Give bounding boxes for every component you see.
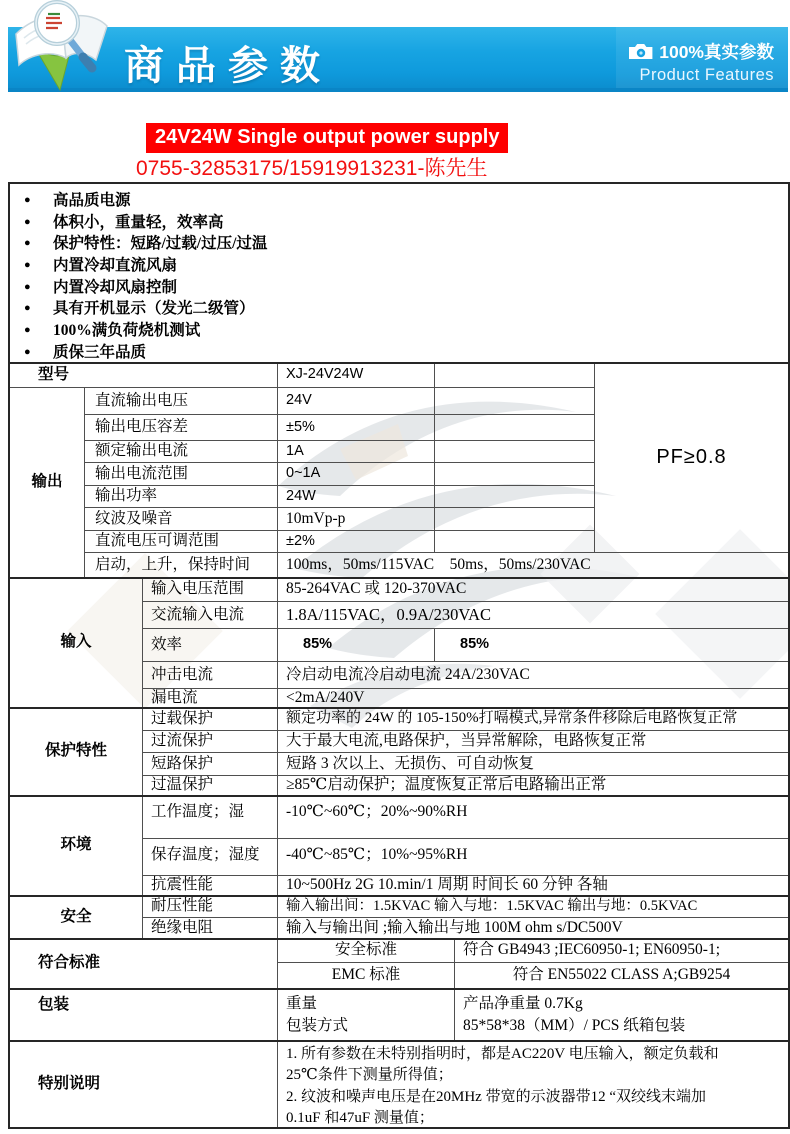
feature-item: 保护特性：短路/过载/过压/过温: [10, 233, 788, 255]
row-label: 输出电流范围: [85, 463, 278, 486]
row-label: 过温保护: [143, 776, 278, 796]
contact-phone: 0755-32853175/15919913231-陈先生: [136, 152, 487, 182]
row-label: 启动，上升，保持时间: [85, 553, 278, 578]
section-divider: [10, 1040, 788, 1042]
row-label: 交流输入电流: [143, 602, 278, 629]
row-label: 工作温度；湿: [143, 796, 278, 839]
packaging-row-values: 产品净重量 0.7Kg 85*58*38（MM）/ PCS 纸箱包装: [455, 989, 788, 1041]
camera-icon: [627, 43, 654, 60]
row-label: 冲击电流: [143, 662, 278, 689]
row-value: ≥85℃启动保护；温度恢复正常后电路输出正常: [278, 776, 788, 796]
feature-item: 体积小，重量轻，效率高: [10, 212, 788, 234]
section-divider: [10, 707, 788, 709]
section-input: 输入: [10, 578, 143, 708]
row-label: EMC 标准: [278, 963, 455, 989]
row-label: 直流输出电压: [85, 388, 278, 415]
notes-line: 25℃条件下测量所得值；: [286, 1065, 780, 1086]
book-magnifier-icon: [4, 0, 122, 101]
row-label: 短路保护: [143, 753, 278, 776]
row-label: 输出电压容差: [85, 415, 278, 441]
row-label: 输入电压范围: [143, 578, 278, 602]
row-value: 符合 GB4943 ;IEC60950-1; EN60950-1;: [455, 939, 788, 963]
row-value: 24W: [278, 486, 435, 508]
notes-line: 0.1uF 和47uF 测量值；: [286, 1108, 780, 1129]
header-banner: 商品参数 100%真实参数 Product Features: [8, 27, 788, 92]
efficiency-115vac: 85%: [278, 629, 435, 662]
row-value: 冷启动电流冷启动电流 24A/230VAC: [278, 662, 788, 689]
section-standards: 符合标准: [10, 939, 278, 989]
row-value: 符合 EN55022 CLASS A;GB9254: [455, 963, 788, 989]
section-divider: [10, 577, 788, 579]
efficiency-230vac: 85%: [435, 629, 788, 662]
feature-item: 100%满负荷烧机测试: [10, 320, 788, 342]
row-label: 纹波及噪音: [85, 508, 278, 531]
feature-item: 内置冷却风扇控制: [10, 277, 788, 299]
row-value: 1A: [278, 441, 435, 463]
empty-cell: [435, 415, 595, 441]
feature-list: 高品质电源 体积小，重量轻，效率高 保护特性：短路/过载/过压/过温 内置冷却直…: [10, 184, 788, 363]
feature-item: 具有开机显示（发光二级管）: [10, 298, 788, 320]
row-label: 直流电压可调范围: [85, 531, 278, 553]
row-value: -10℃~60℃；20%~90%RH: [278, 796, 788, 839]
section-divider: [10, 362, 788, 364]
section-protection: 保护特性: [10, 708, 143, 796]
row-value: 24V: [278, 388, 435, 415]
section-divider: [10, 795, 788, 797]
row-label: 效率: [143, 629, 278, 662]
pf-note: PF≥0.8: [595, 363, 788, 553]
feature-item: 质保三年品质: [10, 342, 788, 364]
section-divider: [10, 938, 788, 940]
row-label: 额定输出电流: [85, 441, 278, 463]
empty-cell: [435, 486, 595, 508]
section-output: 输出: [10, 388, 85, 578]
row-value: 输入输出间：1.5KVAC 输入与地：1.5KVAC 输出与地：0.5KVAC: [278, 896, 788, 918]
row-label: 绝缘电阻: [143, 918, 278, 939]
empty-cell: [435, 463, 595, 486]
feature-item: 高品质电源: [10, 190, 788, 212]
row-value: 10~500Hz 2G 10.min/1 周期 时间长 60 分钟 各轴: [278, 876, 788, 896]
row-value: 大于最大电流,电路保护，当异常解除，电路恢复正常: [278, 731, 788, 753]
row-value: 0~1A: [278, 463, 435, 486]
section-packaging: 包装: [10, 989, 278, 1041]
empty-cell: [435, 531, 595, 553]
page-title: 商品参数: [124, 34, 332, 91]
feature-item: 内置冷却直流风扇: [10, 255, 788, 277]
row-value: 额定功率的 24W 的 105-150%打嗝模式,异常条件移除后电路恢复正常: [278, 708, 788, 731]
badge-text-en: Product Features: [627, 66, 774, 85]
row-value: -40℃~85℃；10%~95%RH: [278, 839, 788, 876]
packaging-row-labels: 重量 包装方式: [278, 989, 455, 1041]
notes-line: 1. 所有参数在未特别指明时，都是AC220V 电压输入，额定负载和: [286, 1044, 780, 1065]
weight-label: 重量: [286, 993, 446, 1015]
row-label: 输出功率: [85, 486, 278, 508]
page: { "header": { "title": "商品参数", "badge_li…: [0, 0, 790, 1134]
row-label: 漏电流: [143, 689, 278, 708]
weight-value: 产品净重量 0.7Kg: [463, 993, 780, 1015]
method-label: 包装方式: [286, 1015, 446, 1037]
row-label: 过流保护: [143, 731, 278, 753]
row-label: 过载保护: [143, 708, 278, 731]
spec-table: 高品质电源 体积小，重量轻，效率高 保护特性：短路/过载/过压/过温 内置冷却直…: [8, 182, 790, 1129]
product-title: 24V24W Single output power supply: [146, 123, 508, 153]
empty-cell: [435, 388, 595, 415]
row-value: 85-264VAC 或 120-370VAC: [278, 578, 788, 602]
empty-cell: [435, 441, 595, 463]
row-label: 保存温度；湿度: [143, 839, 278, 876]
section-safety: 安全: [10, 896, 143, 939]
row-value: <2mA/240V: [278, 689, 788, 708]
badge-text-cn: 100%真实参数: [659, 39, 774, 64]
model-value: XJ-24V24W: [278, 363, 435, 388]
empty-cell: [435, 508, 595, 531]
row-value: ±5%: [278, 415, 435, 441]
row-label: 耐压性能: [143, 896, 278, 918]
notes-text: 1. 所有参数在未特别指明时，都是AC220V 电压输入，额定负载和 25℃条件…: [278, 1041, 788, 1127]
row-value: 1.8A/115VAC，0.9A/230VAC: [278, 602, 788, 629]
model-extra-cell: [435, 363, 595, 388]
banner-badge: 100%真实参数 Product Features: [627, 39, 774, 85]
section-divider: [10, 895, 788, 897]
section-notes: 特别说明: [10, 1041, 278, 1127]
section-environment: 环境: [10, 796, 143, 896]
model-label: 型号: [10, 363, 278, 388]
row-value: 100ms，50ms/115VAC 50ms，50ms/230VAC: [278, 553, 788, 578]
row-value: ±2%: [278, 531, 435, 553]
section-divider: [10, 988, 788, 990]
method-value: 85*58*38（MM）/ PCS 纸箱包装: [463, 1015, 780, 1037]
row-value: 输入与输出间 ;输入输出与地 100M ohm s/DC500V: [278, 918, 788, 939]
row-value: 10mVp-p: [278, 508, 435, 531]
row-label: 安全标准: [278, 939, 455, 963]
notes-line: 2. 纹波和噪声电压是在20MHz 带宽的示波器带12 “双绞线末端加: [286, 1087, 780, 1108]
row-label: 抗震性能: [143, 876, 278, 896]
row-value: 短路 3 次以上、无损伤、可自动恢复: [278, 753, 788, 776]
